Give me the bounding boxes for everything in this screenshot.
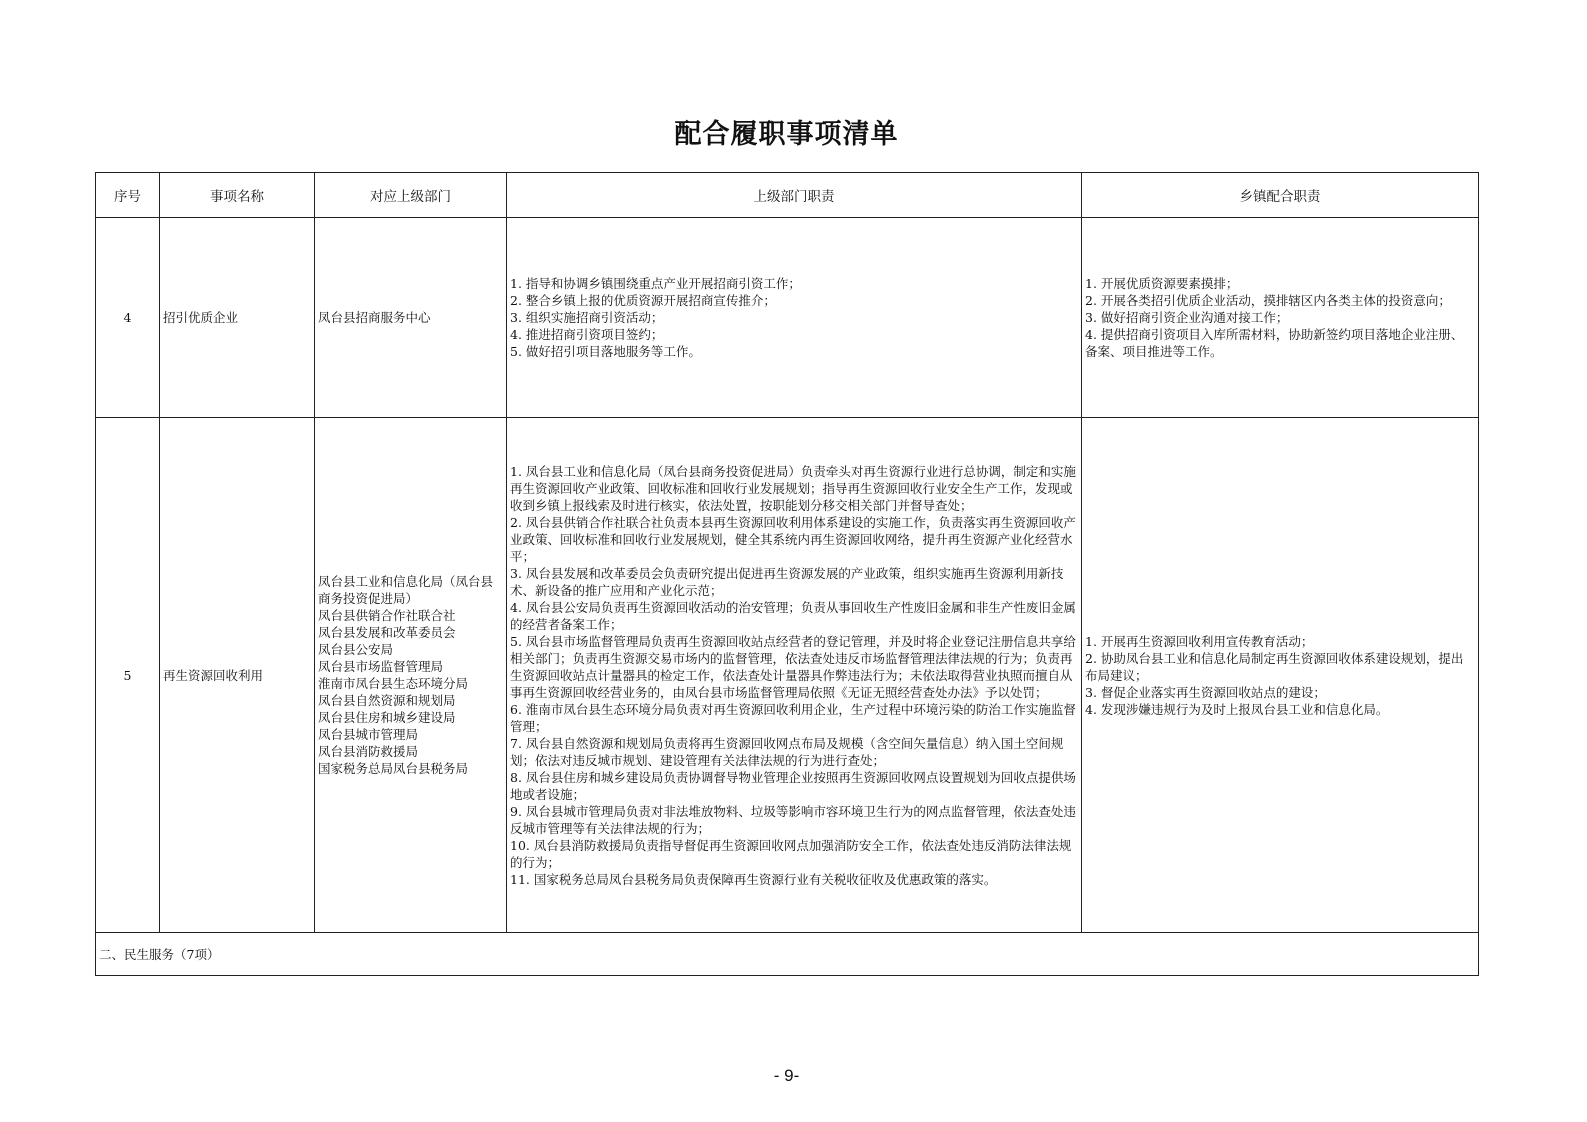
department: 凤台县市场监督管理局 (318, 658, 503, 675)
duty-line: 2. 协助凤台县工业和信息化局制定再生资源回收体系建设规划，提出布局建议； (1085, 650, 1475, 684)
duty-line: 4. 提供招商引资项目入库所需材料，协助新签约项目落地企业注册、备案、项目推进等… (1085, 326, 1475, 360)
duty-line: 11. 国家税务总局凤台县税务局负责保障再生资源行业有关税收征收及优惠政策的落实… (510, 871, 1078, 888)
row-departments: 凤台县工业和信息化局（凤台县商务投资促进局） 凤台县供销合作社联合社 凤台县发展… (315, 418, 507, 933)
header-town-duties: 乡镇配合职责 (1082, 173, 1479, 218)
section-row: 二、民生服务（7项） (96, 933, 1479, 976)
duty-line: 1. 凤台县工业和信息化局（凤台县商务投资促进局）负责牵头对再生资源行业进行总协… (510, 463, 1078, 514)
row-item-name: 再生资源回收利用 (160, 418, 315, 933)
header-upper-duties: 上级部门职责 (507, 173, 1082, 218)
duty-line: 3. 凤台县发展和改革委员会负责研究提出促进再生资源发展的产业政策，组织实施再生… (510, 565, 1078, 599)
duty-line: 3. 督促企业落实再生资源回收站点的建设； (1085, 684, 1475, 701)
header-item-name: 事项名称 (160, 173, 315, 218)
section-label: 二、民生服务（7项） (96, 933, 1479, 976)
duty-line: 7. 凤台县自然资源和规划局负责将再生资源回收网点布局及规模（含空间矢量信息）纳… (510, 735, 1078, 769)
duty-table: 序号 事项名称 对应上级部门 上级部门职责 乡镇配合职责 4 招引优质企业 凤台… (95, 172, 1479, 976)
duty-line: 2. 凤台县供销合作社联合社负责本县再生资源回收利用体系建设的实施工作，负责落实… (510, 514, 1078, 565)
duty-line: 1. 指导和协调乡镇围绕重点产业开展招商引资工作； (510, 275, 1078, 292)
department: 凤台县自然资源和规划局 (318, 692, 503, 709)
duty-line: 9. 凤台县城市管理局负责对非法堆放物料、垃圾等影响市容环境卫生行为的网点监督管… (510, 803, 1078, 837)
duty-line: 8. 凤台县住房和城乡建设局负责协调督导物业管理企业按照再生资源回收网点设置规划… (510, 769, 1078, 803)
table-row: 4 招引优质企业 凤台县招商服务中心 1. 指导和协调乡镇围绕重点产业开展招商引… (96, 218, 1479, 418)
row-upper-duties: 1. 指导和协调乡镇围绕重点产业开展招商引资工作； 2. 整合乡镇上报的优质资源… (507, 218, 1082, 418)
table-header-row: 序号 事项名称 对应上级部门 上级部门职责 乡镇配合职责 (96, 173, 1479, 218)
table-row: 5 再生资源回收利用 凤台县工业和信息化局（凤台县商务投资促进局） 凤台县供销合… (96, 418, 1479, 933)
department: 凤台县公安局 (318, 641, 503, 658)
department: 凤台县工业和信息化局（凤台县商务投资促进局） (318, 573, 503, 607)
department: 凤台县住房和城乡建设局 (318, 709, 503, 726)
department: 凤台县发展和改革委员会 (318, 624, 503, 641)
row-departments: 凤台县招商服务中心 (315, 218, 507, 418)
row-no: 4 (96, 218, 160, 418)
duty-line: 3. 做好招商引资企业沟通对接工作； (1085, 309, 1475, 326)
department: 淮南市凤台县生态环境分局 (318, 675, 503, 692)
duty-line: 6. 淮南市凤台县生态环境分局负责对再生资源回收利用企业，生产过程中环境污染的防… (510, 701, 1078, 735)
row-no: 5 (96, 418, 160, 933)
row-town-duties: 1. 开展再生资源回收利用宣传教育活动； 2. 协助凤台县工业和信息化局制定再生… (1082, 418, 1479, 933)
duty-line: 1. 开展优质资源要素摸排； (1085, 275, 1475, 292)
header-upper-dept: 对应上级部门 (315, 173, 507, 218)
duty-line: 10. 凤台县消防救援局负责指导督促再生资源回收网点加强消防安全工作，依法查处违… (510, 837, 1078, 871)
row-upper-duties: 1. 凤台县工业和信息化局（凤台县商务投资促进局）负责牵头对再生资源行业进行总协… (507, 418, 1082, 933)
department: 凤台县城市管理局 (318, 726, 503, 743)
duty-line: 4. 发现涉嫌违规行为及时上报凤台县工业和信息化局。 (1085, 701, 1475, 718)
duty-line: 5. 做好招引项目落地服务等工作。 (510, 343, 1078, 360)
document-title: 配合履职事项清单 (0, 112, 1573, 151)
department: 国家税务总局凤台县税务局 (318, 760, 503, 777)
duty-line: 1. 开展再生资源回收利用宣传教育活动； (1085, 633, 1475, 650)
row-town-duties: 1. 开展优质资源要素摸排； 2. 开展各类招引优质企业活动，摸排辖区内各类主体… (1082, 218, 1479, 418)
duty-line: 5. 凤台县市场监督管理局负责再生资源回收站点经营者的登记管理，并及时将企业登记… (510, 633, 1078, 701)
department: 凤台县消防救援局 (318, 743, 503, 760)
duty-line: 2. 开展各类招引优质企业活动，摸排辖区内各类主体的投资意向； (1085, 292, 1475, 309)
department: 凤台县招商服务中心 (318, 309, 503, 326)
department: 凤台县供销合作社联合社 (318, 607, 503, 624)
header-no: 序号 (96, 173, 160, 218)
duty-line: 4. 凤台县公安局负责再生资源回收活动的治安管理；负责从事回收生产性废旧金属和非… (510, 599, 1078, 633)
page-number: - 9- (0, 1066, 1573, 1086)
duty-line: 4. 推进招商引资项目签约； (510, 326, 1078, 343)
row-item-name: 招引优质企业 (160, 218, 315, 418)
duty-line: 3. 组织实施招商引资活动； (510, 309, 1078, 326)
duty-line: 2. 整合乡镇上报的优质资源开展招商宣传推介； (510, 292, 1078, 309)
